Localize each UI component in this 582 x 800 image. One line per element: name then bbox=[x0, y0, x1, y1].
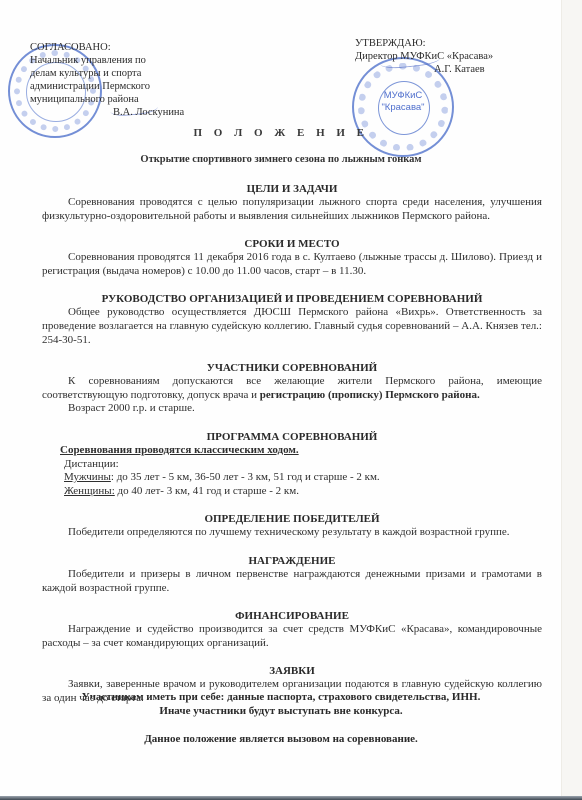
approval-signatory: А.Г. Катаев bbox=[355, 63, 555, 76]
section-management: РУКОВОДСТВО ОРГАНИЗАЦИЕЙ И ПРОВЕДЕНИЕМ С… bbox=[42, 292, 542, 347]
closing-line: Участникам иметь при себе: данные паспор… bbox=[0, 690, 562, 704]
approval-line: Начальник управления по bbox=[30, 54, 230, 67]
section-program: ПРОГРАММА СОРЕВНОВАНИЙ Соревнования пров… bbox=[42, 430, 542, 498]
approval-heading: УТВЕРЖДАЮ: bbox=[355, 37, 555, 50]
distances-men: Мужчины: до 35 лет - 5 км, 36-50 лет - 3… bbox=[64, 471, 542, 485]
approval-heading: СОГЛАСОВАНО: bbox=[30, 41, 230, 54]
section-text: Победители определяются по лучшему техни… bbox=[42, 526, 542, 540]
document-body: ЦЕЛИ И ЗАДАЧИ Соревнования проводятся с … bbox=[42, 182, 542, 719]
approval-block-agreed: СОГЛАСОВАНО: Начальник управления по дел… bbox=[30, 41, 230, 119]
section-text: Общее руководство осуществляется ДЮСШ Пе… bbox=[42, 306, 542, 347]
section-text: Соревнования проводятся 11 декабря 2016 … bbox=[42, 251, 542, 278]
section-heading: УЧАСТНИКИ СОРЕВНОВАНИЙ bbox=[42, 361, 542, 375]
approval-line: муниципального района bbox=[30, 93, 230, 106]
approval-line: Директор МУФКиС «Красава» bbox=[355, 50, 555, 63]
distances-label: Дистанции: bbox=[64, 458, 542, 472]
stamp-text-line: МУФКиС bbox=[354, 90, 452, 102]
men-distances: : до 35 лет - 5 км, 36-50 лет - 3 км, 51… bbox=[111, 471, 380, 483]
closing-notes: Участникам иметь при себе: данные паспор… bbox=[0, 690, 562, 746]
section-heading: НАГРАЖДЕНИЕ bbox=[42, 554, 542, 568]
men-label: Мужчины bbox=[64, 471, 111, 483]
stamp-text-line: "Красава" bbox=[354, 102, 452, 114]
section-heading: СРОКИ И МЕСТО bbox=[42, 237, 542, 251]
section-dates-place: СРОКИ И МЕСТО Соревнования проводятся 11… bbox=[42, 237, 542, 278]
approval-line: администрации Пермского bbox=[30, 80, 230, 93]
participants-age: Возраст 2000 г.р. и старше. bbox=[42, 402, 542, 416]
closing-line: Данное положение является вызовом на сор… bbox=[0, 732, 562, 746]
women-distances: до 40 лет- 3 км, 41 год и старше - 2 км. bbox=[115, 485, 299, 497]
distances-women: Женщины: до 40 лет- 3 км, 41 год и старш… bbox=[64, 485, 542, 499]
stamp-label: МУФКиС "Красава" bbox=[354, 90, 452, 114]
section-text: Соревнования проводятся с целью популяри… bbox=[42, 196, 542, 223]
section-financing: ФИНАНСИРОВАНИЕ Награждение и судейство п… bbox=[42, 609, 542, 650]
program-style-note: Соревнования проводятся классическим ход… bbox=[42, 444, 542, 458]
section-heading: ЗАЯВКИ bbox=[42, 664, 542, 678]
spacer bbox=[0, 718, 562, 732]
section-text: К соревнованиям допускаются все желающие… bbox=[42, 375, 542, 402]
section-heading: ФИНАНСИРОВАНИЕ bbox=[42, 609, 542, 623]
document-page: СОГЛАСОВАНО: Начальник управления по дел… bbox=[0, 0, 582, 800]
approval-block-approved: УТВЕРЖДАЮ: Директор МУФКиС «Красава» А.Г… bbox=[355, 37, 555, 76]
participants-registration-note: регистрацию (прописку) Пермского района. bbox=[260, 389, 480, 401]
section-heading: РУКОВОДСТВО ОРГАНИЗАЦИЕЙ И ПРОВЕДЕНИЕМ С… bbox=[42, 292, 542, 306]
program-distances: Дистанции: Мужчины: до 35 лет - 5 км, 36… bbox=[42, 458, 542, 499]
document-title: П О Л О Ж Е Н И Е bbox=[0, 127, 562, 139]
scan-bottom-edge bbox=[0, 796, 582, 800]
document-subtitle: Открытие спортивного зимнего сезона по л… bbox=[0, 154, 562, 165]
women-label: Женщины: bbox=[64, 485, 115, 497]
section-heading: ЦЕЛИ И ЗАДАЧИ bbox=[42, 182, 542, 196]
section-heading: ОПРЕДЕЛЕНИЕ ПОБЕДИТЕЛЕЙ bbox=[42, 512, 542, 526]
section-goals: ЦЕЛИ И ЗАДАЧИ Соревнования проводятся с … bbox=[42, 182, 542, 223]
section-awards: НАГРАЖДЕНИЕ Победители и призеры в лично… bbox=[42, 554, 542, 595]
section-participants: УЧАСТНИКИ СОРЕВНОВАНИЙ К соревнованиям д… bbox=[42, 361, 542, 416]
scan-edge bbox=[561, 0, 582, 797]
closing-line: Иначе участники будут выступать вне конк… bbox=[0, 704, 562, 718]
section-text: Победители и призеры в личном первенстве… bbox=[42, 568, 542, 595]
section-winners: ОПРЕДЕЛЕНИЕ ПОБЕДИТЕЛЕЙ Победители опред… bbox=[42, 512, 542, 540]
section-heading: ПРОГРАММА СОРЕВНОВАНИЙ bbox=[42, 430, 542, 444]
approval-line: делам культуры и спорта bbox=[30, 67, 230, 80]
section-text: Награждение и судейство производится за … bbox=[42, 623, 542, 650]
approval-signatory: В.А. Лоскунина bbox=[30, 106, 230, 119]
